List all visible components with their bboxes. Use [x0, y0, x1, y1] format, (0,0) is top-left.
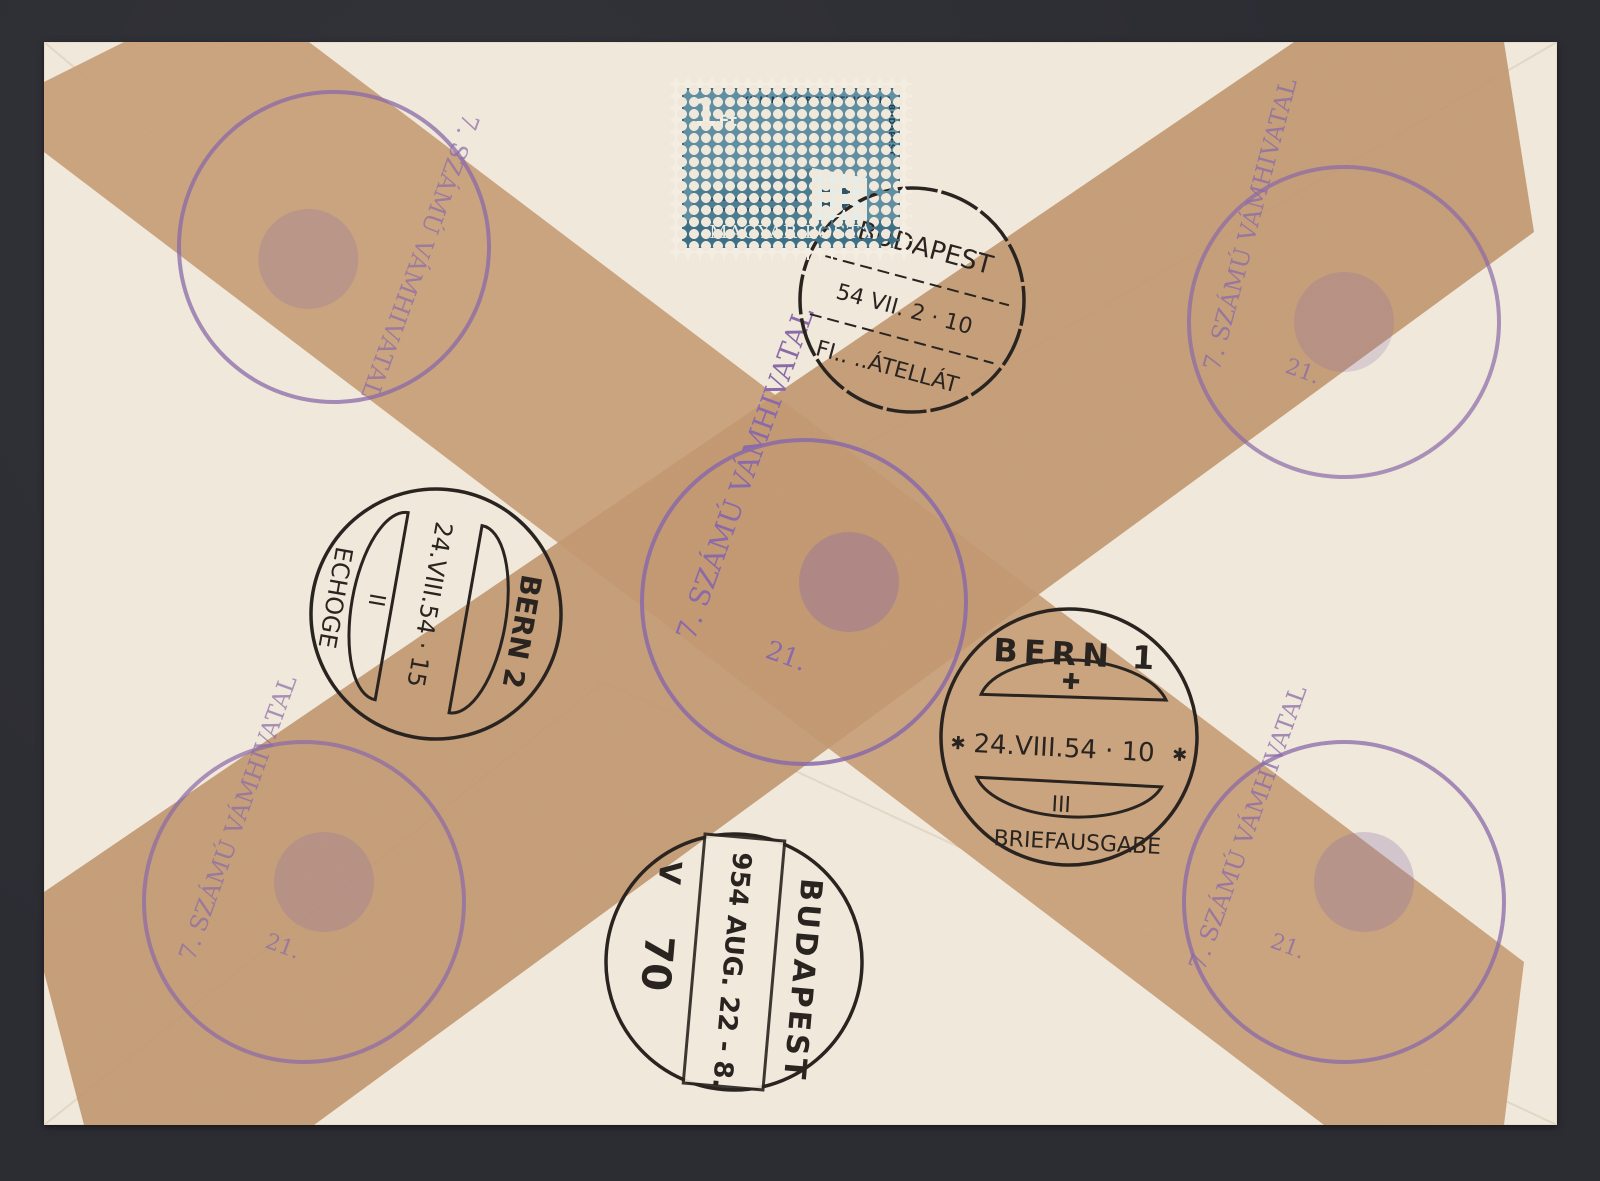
stamp-design: 1Ft KILIÁN GYÖRGY ÚTI ISKOLA BUDAPEST MA…	[682, 88, 900, 248]
stamp-caption: KILIÁN GYÖRGY ÚTI ISKOLA	[742, 96, 893, 106]
pm-bern1-code: III	[1051, 792, 1072, 818]
star-icon-right: ✱	[1172, 744, 1188, 766]
postage-stamp: 1Ft KILIÁN GYÖRGY ÚTI ISKOLA BUDAPEST MA…	[670, 78, 912, 260]
stamp-country: MAGYAR POSTA	[684, 220, 898, 246]
star-icon-left: ✱	[950, 733, 966, 755]
swiss-cross-icon: ✚	[1061, 670, 1081, 696]
pm-budapest-bottom-code: 70	[631, 933, 682, 992]
pm-budapest-bottom-letter: V	[651, 860, 688, 887]
school-building-illustration	[692, 128, 882, 228]
stamp-city: BUDAPEST	[887, 104, 896, 156]
envelope-back: 7. SZÁMÚ VÁMHIVATAL 21. 7. SZÁMÚ VÁMHIVA…	[44, 42, 1557, 1125]
